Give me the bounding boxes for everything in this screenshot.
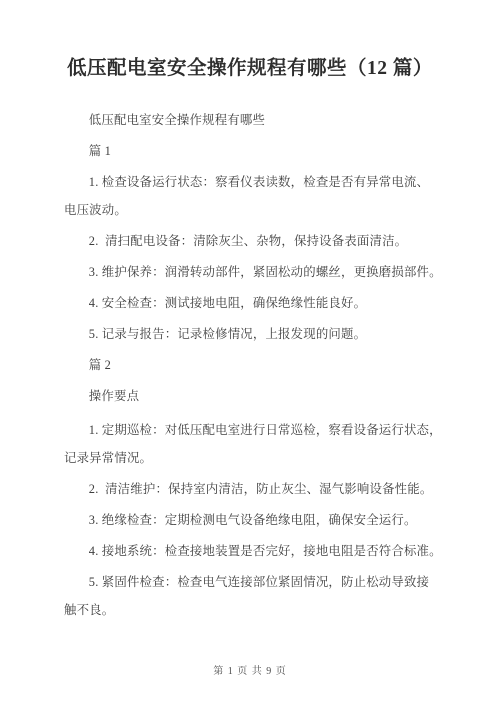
- document-title: 低压配电室安全操作规程有哪些（12 篇）: [0, 0, 500, 82]
- section-2-subheading: 操作要点: [64, 382, 446, 410]
- section-1-item-1: 1. 检查设备运行状态：察看仪表读数，检查是否有异常电流、 电压波动。: [64, 168, 446, 224]
- document-subtitle: 低压配电室安全操作规程有哪些: [64, 106, 446, 134]
- section-1-item-5: 5. 记录与报告：记录检修情况，上报发现的问题。: [64, 320, 446, 348]
- section-1-item-4: 4. 安全检查：测试接地电阻，确保绝缘性能良好。: [64, 289, 446, 317]
- section-2-item-4: 4. 接地系统：检查接地装置是否完好，接地电阻是否符合标准。: [64, 537, 446, 565]
- section-1-heading: 篇 1: [64, 137, 446, 165]
- section-2-item-2: 2. 清洁维护：保持室内清洁，防止灰尘、湿气影响设备性能。: [64, 475, 446, 503]
- section-2-item-1: 1. 定期巡检：对低压配电室进行日常巡检，察看设备运行状态， 记录异常情况。: [64, 416, 446, 472]
- section-2-item-5: 5. 紧固件检查：检查电气连接部位紧固情况，防止松动导致接 触不良。: [64, 568, 446, 624]
- section-1-item-3: 3. 维护保养：润滑转动部件，紧固松动的螺丝，更换磨损部件。: [64, 258, 446, 286]
- document-page: 低压配电室安全操作规程有哪些（12 篇） 低压配电室安全操作规程有哪些 篇 1 …: [0, 0, 500, 707]
- document-body: 低压配电室安全操作规程有哪些 篇 1 1. 检查设备运行状态：察看仪表读数，检查…: [0, 106, 500, 624]
- section-2-heading: 篇 2: [64, 351, 446, 379]
- page-number: 第 1 页 共 9 页: [0, 662, 500, 677]
- section-1-item-2: 2. 清扫配电设备：清除灰尘、杂物，保持设备表面清洁。: [64, 227, 446, 255]
- section-2-item-3: 3. 绝缘检查：定期检测电气设备绝缘电阻，确保安全运行。: [64, 506, 446, 534]
